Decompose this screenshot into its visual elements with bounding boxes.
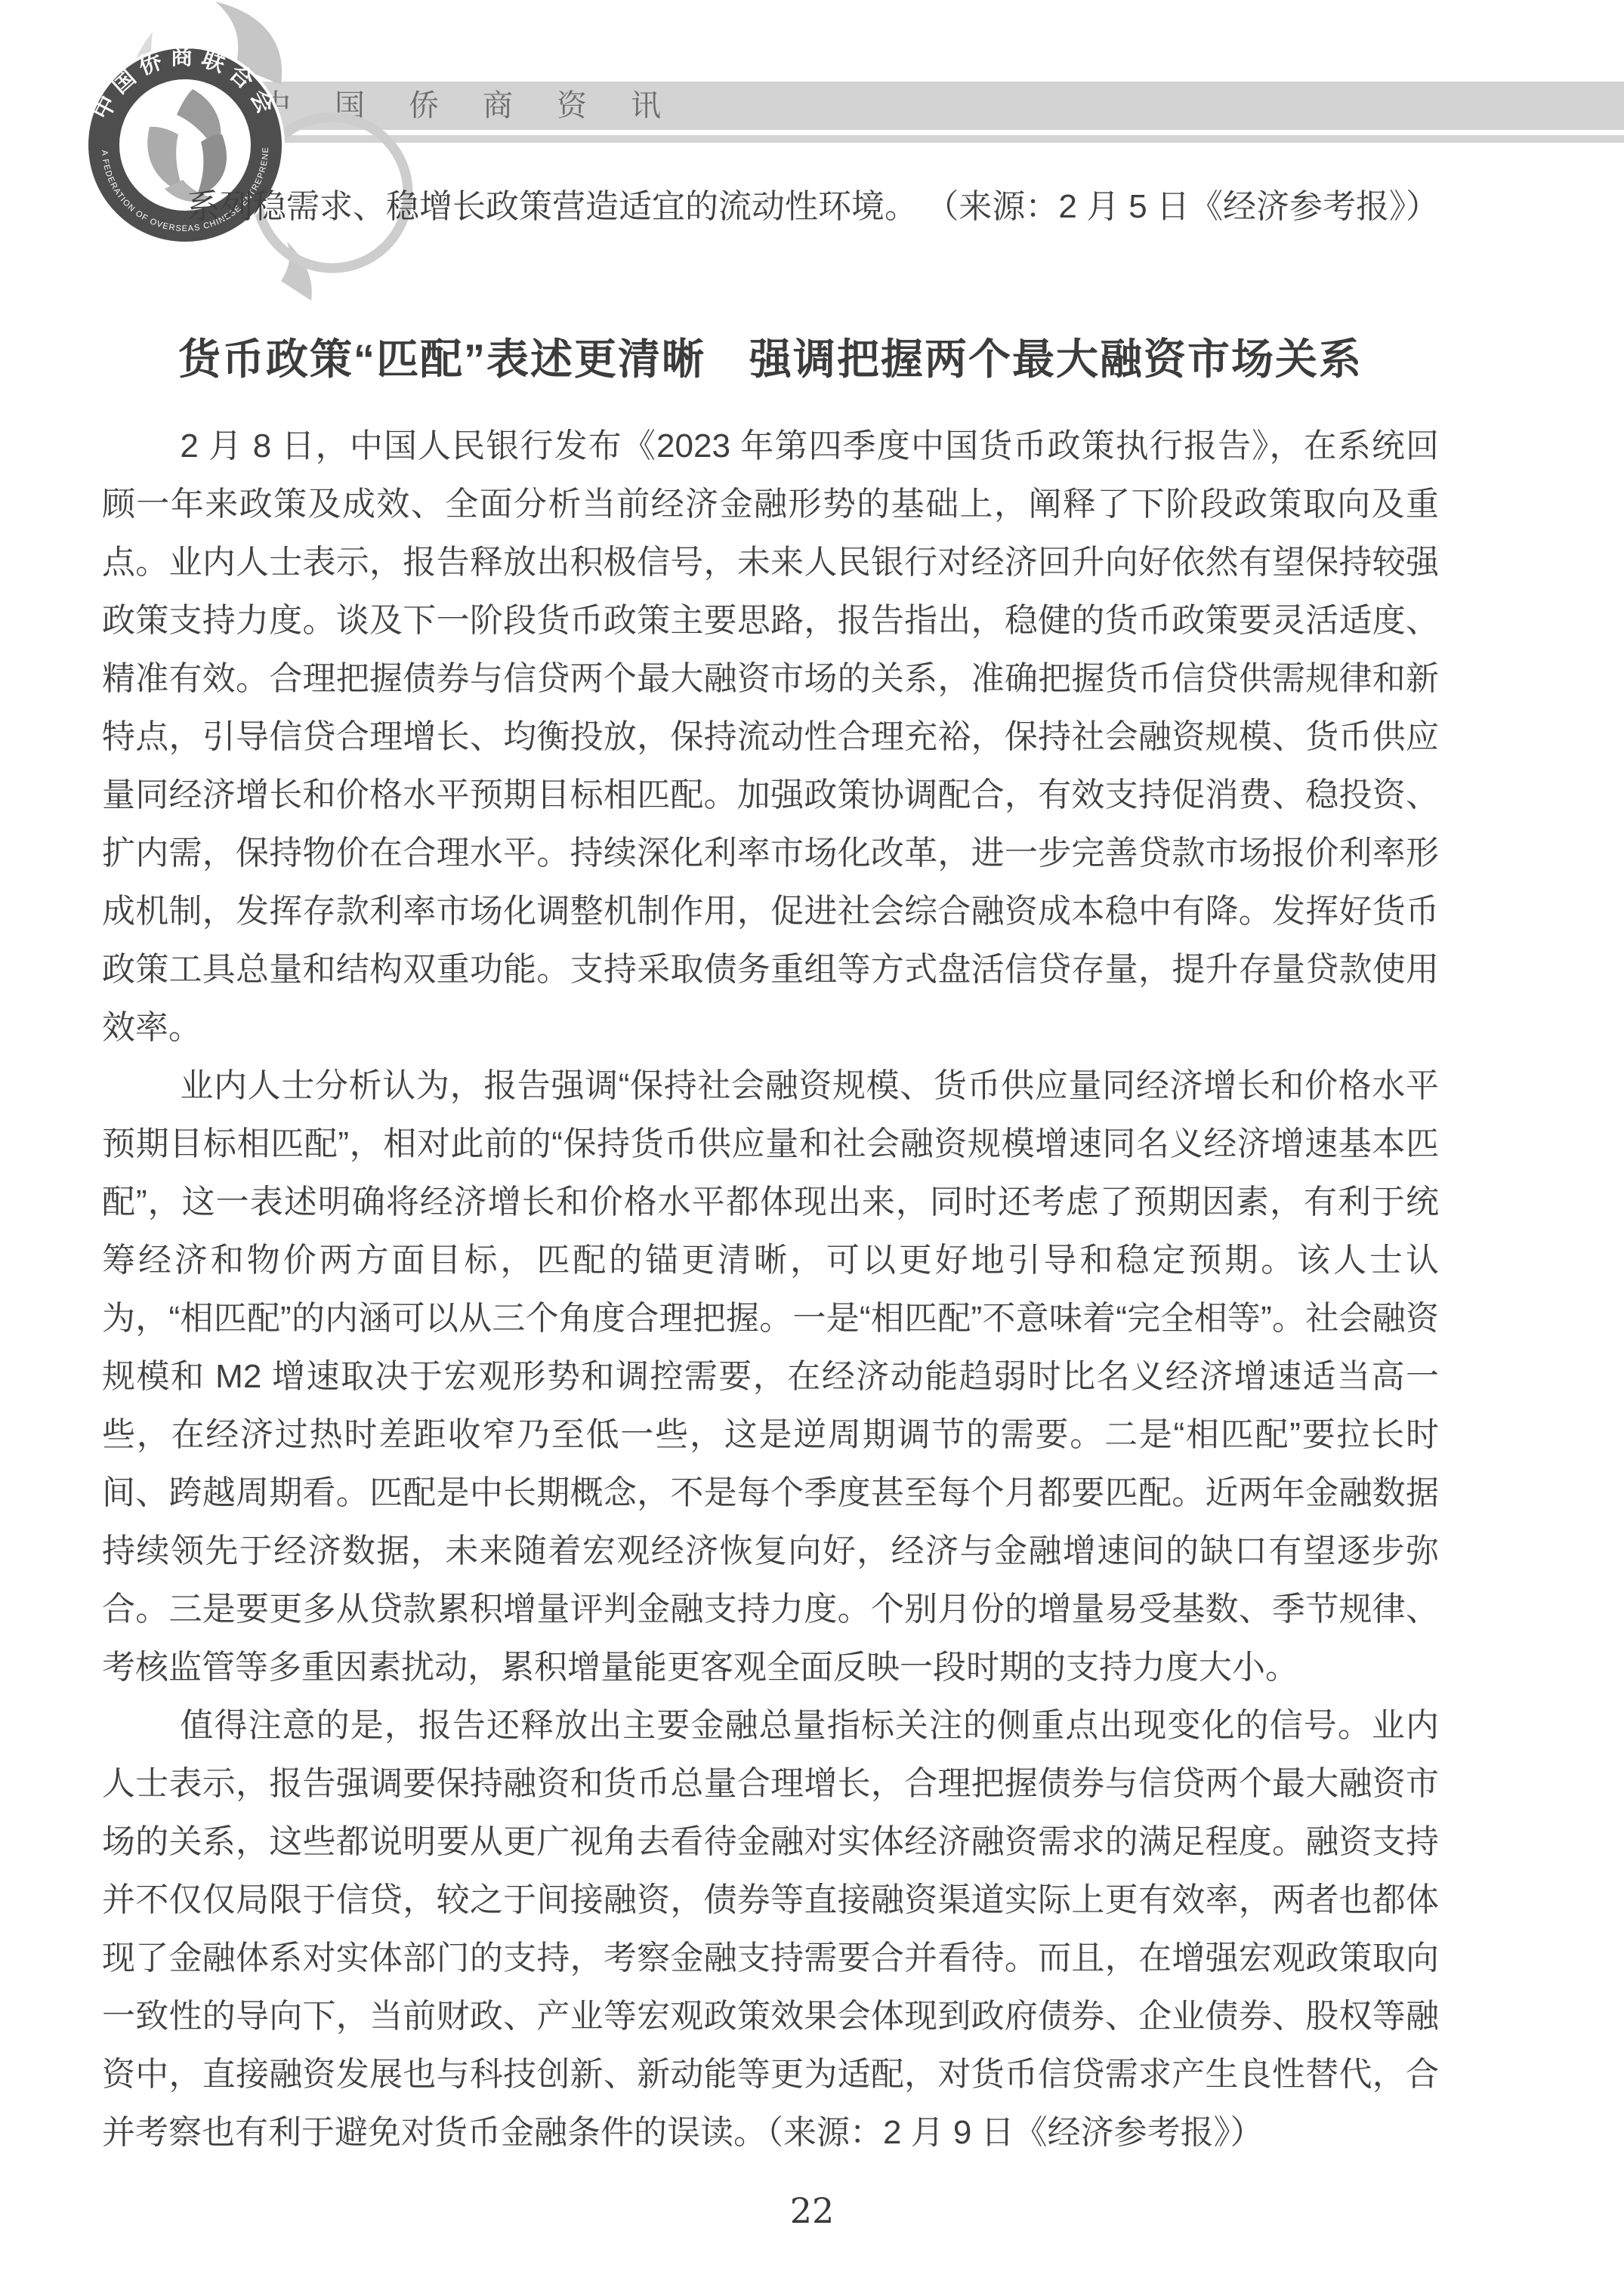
- article-paragraph-3: 值得注意的是，报告还释放出主要金融总量指标关注的侧重点出现变化的信号。业内人士表…: [102, 1696, 1439, 2162]
- article-title: 货币政策“匹配”表述更清晰 强调把握两个最大融资市场关系: [102, 326, 1439, 387]
- previous-article-source: （来源：2 月 5 日《经济参考报》）: [925, 184, 1439, 230]
- page-number: 22: [790, 2190, 835, 2231]
- logo: 中国侨商联合会 CHINA FEDERATION OF OVERSEAS CHI…: [38, 0, 461, 302]
- article-body: 2 月 8 日，中国人民银行发布《2023 年第四季度中国货币政策执行报告》，在…: [102, 417, 1439, 2162]
- article-paragraph-1: 2 月 8 日，中国人民银行发布《2023 年第四季度中国货币政策执行报告》，在…: [102, 417, 1439, 1057]
- previous-article-text: 系列稳需求、稳增长政策营造适宜的流动性环境。: [102, 184, 918, 230]
- document-page: 中国侨商资讯 中国侨商联合会 CHINA FEDERATION OF OVERS…: [0, 0, 1624, 2293]
- previous-article-ending: 系列稳需求、稳增长政策营造适宜的流动性环境。 （来源：2 月 5 日《经济参考报…: [102, 184, 1439, 230]
- article-paragraph-2: 业内人士分析认为，报告强调“保持社会融资规模、货币供应量同经济增长和价格水平预期…: [102, 1057, 1439, 1696]
- page-footer: 22: [0, 2190, 1624, 2231]
